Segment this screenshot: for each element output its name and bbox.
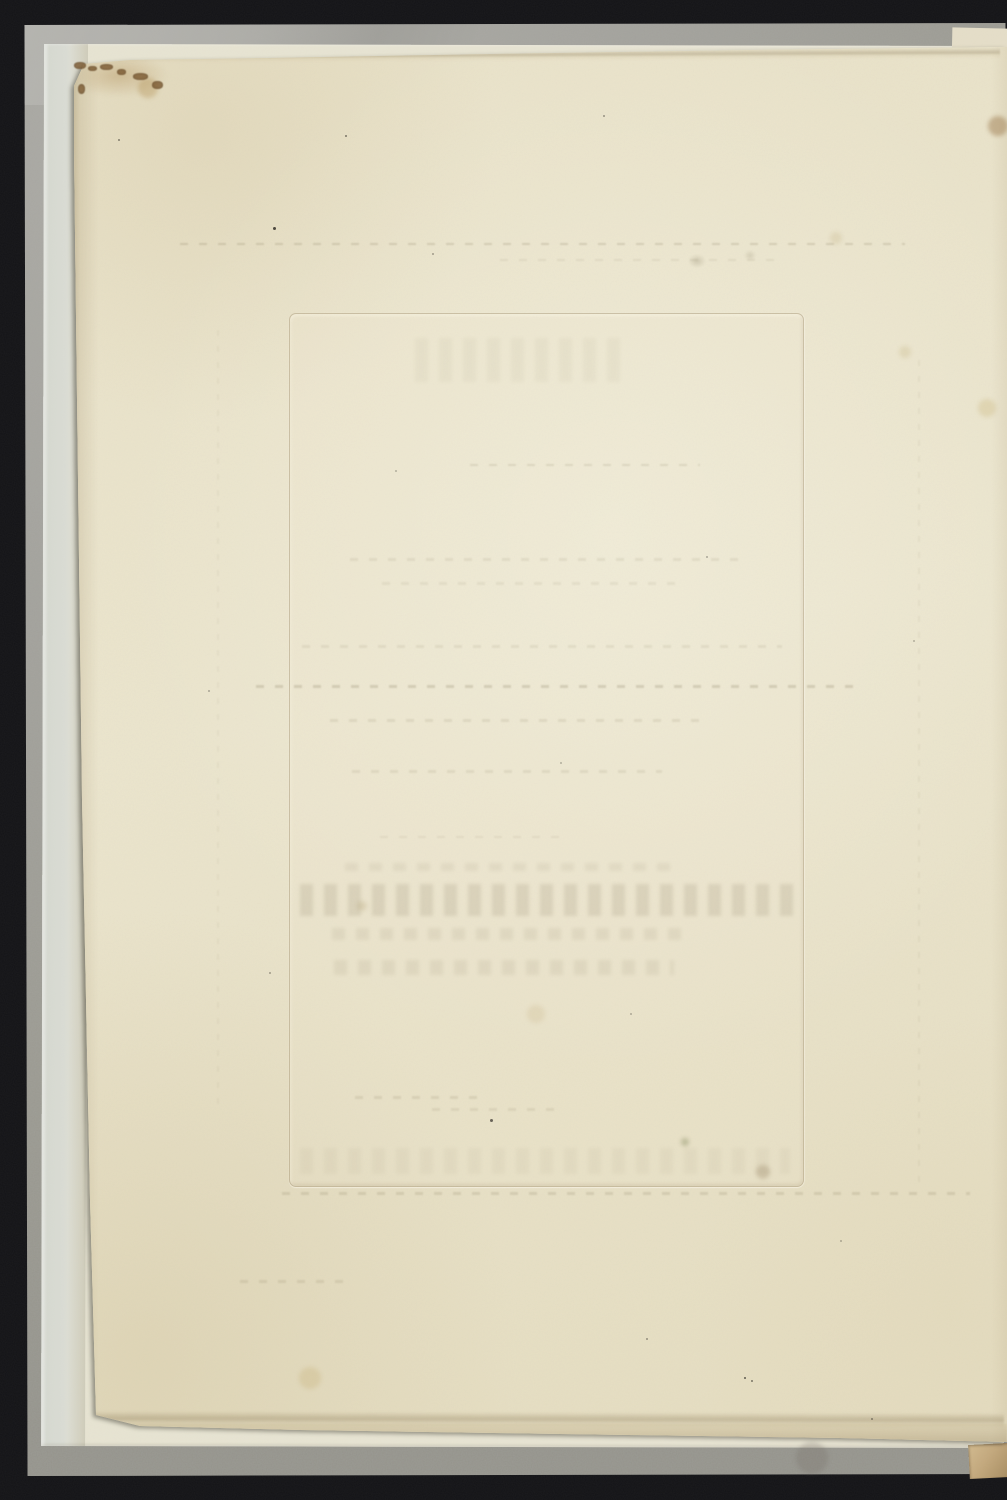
worn-board-corner — [968, 1443, 1007, 1479]
page-verso — [70, 46, 1007, 1443]
corner-stain-halo — [74, 54, 186, 102]
scan-canvas — [0, 0, 1007, 1500]
page-right-edge — [991, 46, 1007, 1443]
page-shadow-wrap — [70, 46, 1007, 1443]
page-bottom-edge — [70, 1424, 1007, 1444]
page-deckle-edge — [70, 46, 100, 1443]
plate-mark — [289, 313, 804, 1187]
